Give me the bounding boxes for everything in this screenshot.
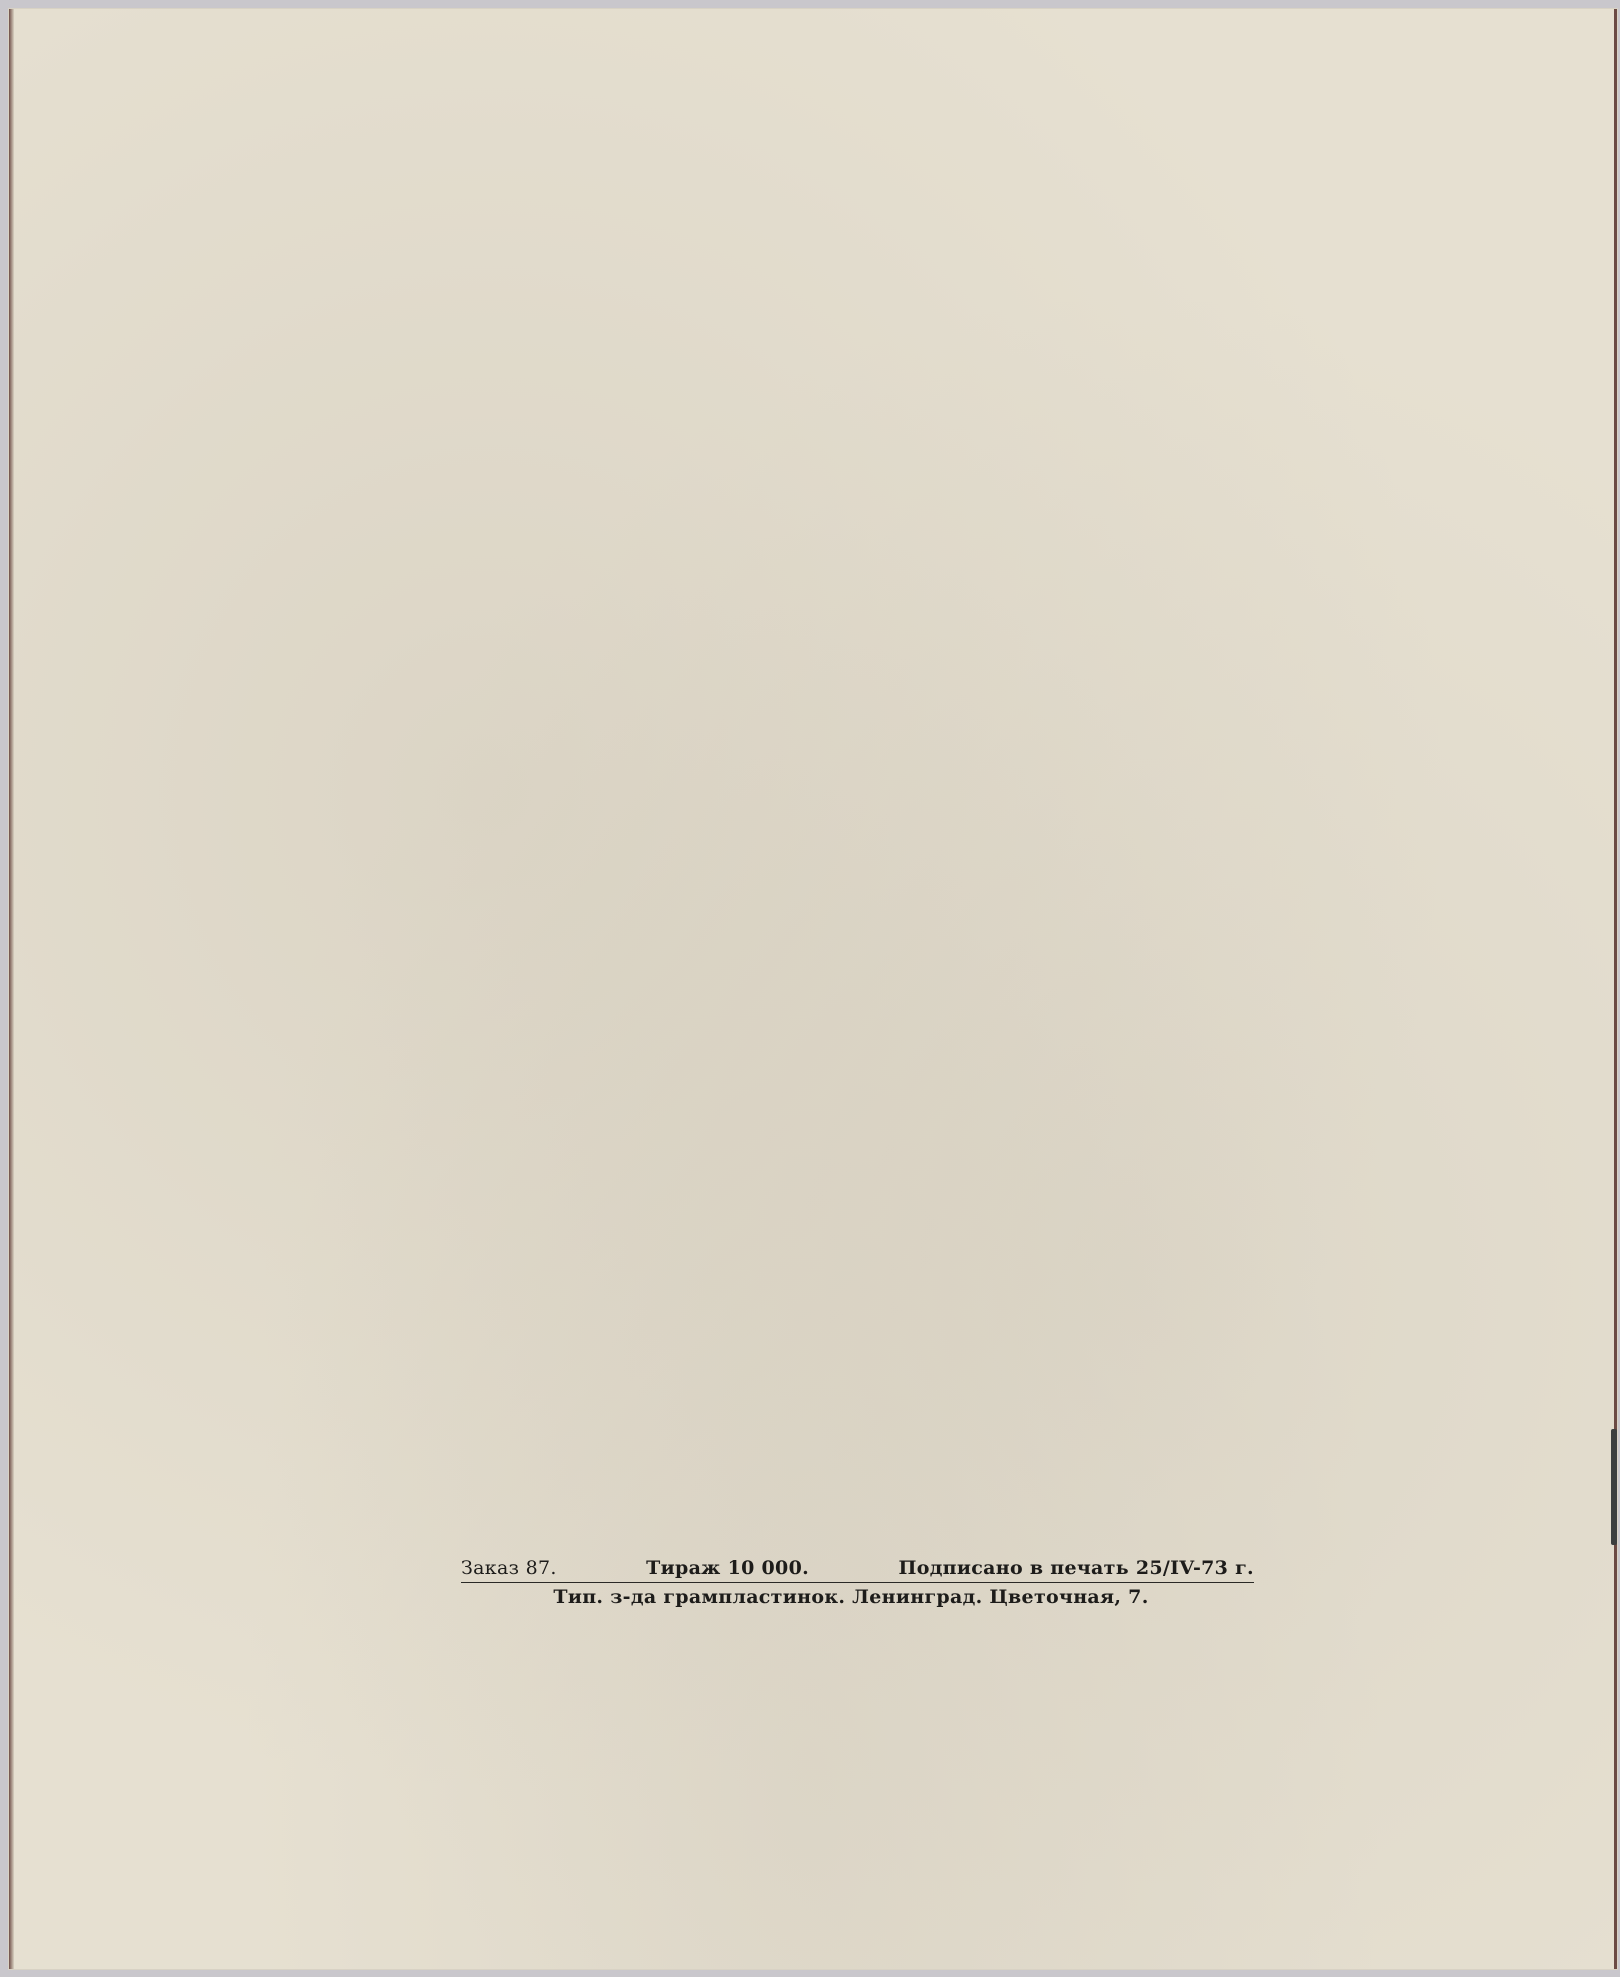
printer-imprint: Заказ 87. Тираж 10 000. Подписано в печа… bbox=[461, 1557, 1254, 1608]
staple bbox=[1611, 1429, 1617, 1545]
page-edge bbox=[9, 9, 14, 1969]
imprint-line-1: Заказ 87. Тираж 10 000. Подписано в печа… bbox=[461, 1557, 1254, 1583]
printer-address: Тип. з-да грампластинок. Ленинград. Цвет… bbox=[481, 1583, 1221, 1608]
order-number: Заказ 87. bbox=[461, 1557, 557, 1579]
signed-for-print: Подписано в печать 25/IV-73 г. bbox=[898, 1557, 1254, 1579]
back-cover-page: Заказ 87. Тираж 10 000. Подписано в печа… bbox=[9, 9, 1617, 1969]
print-run: Тираж 10 000. bbox=[646, 1557, 809, 1579]
